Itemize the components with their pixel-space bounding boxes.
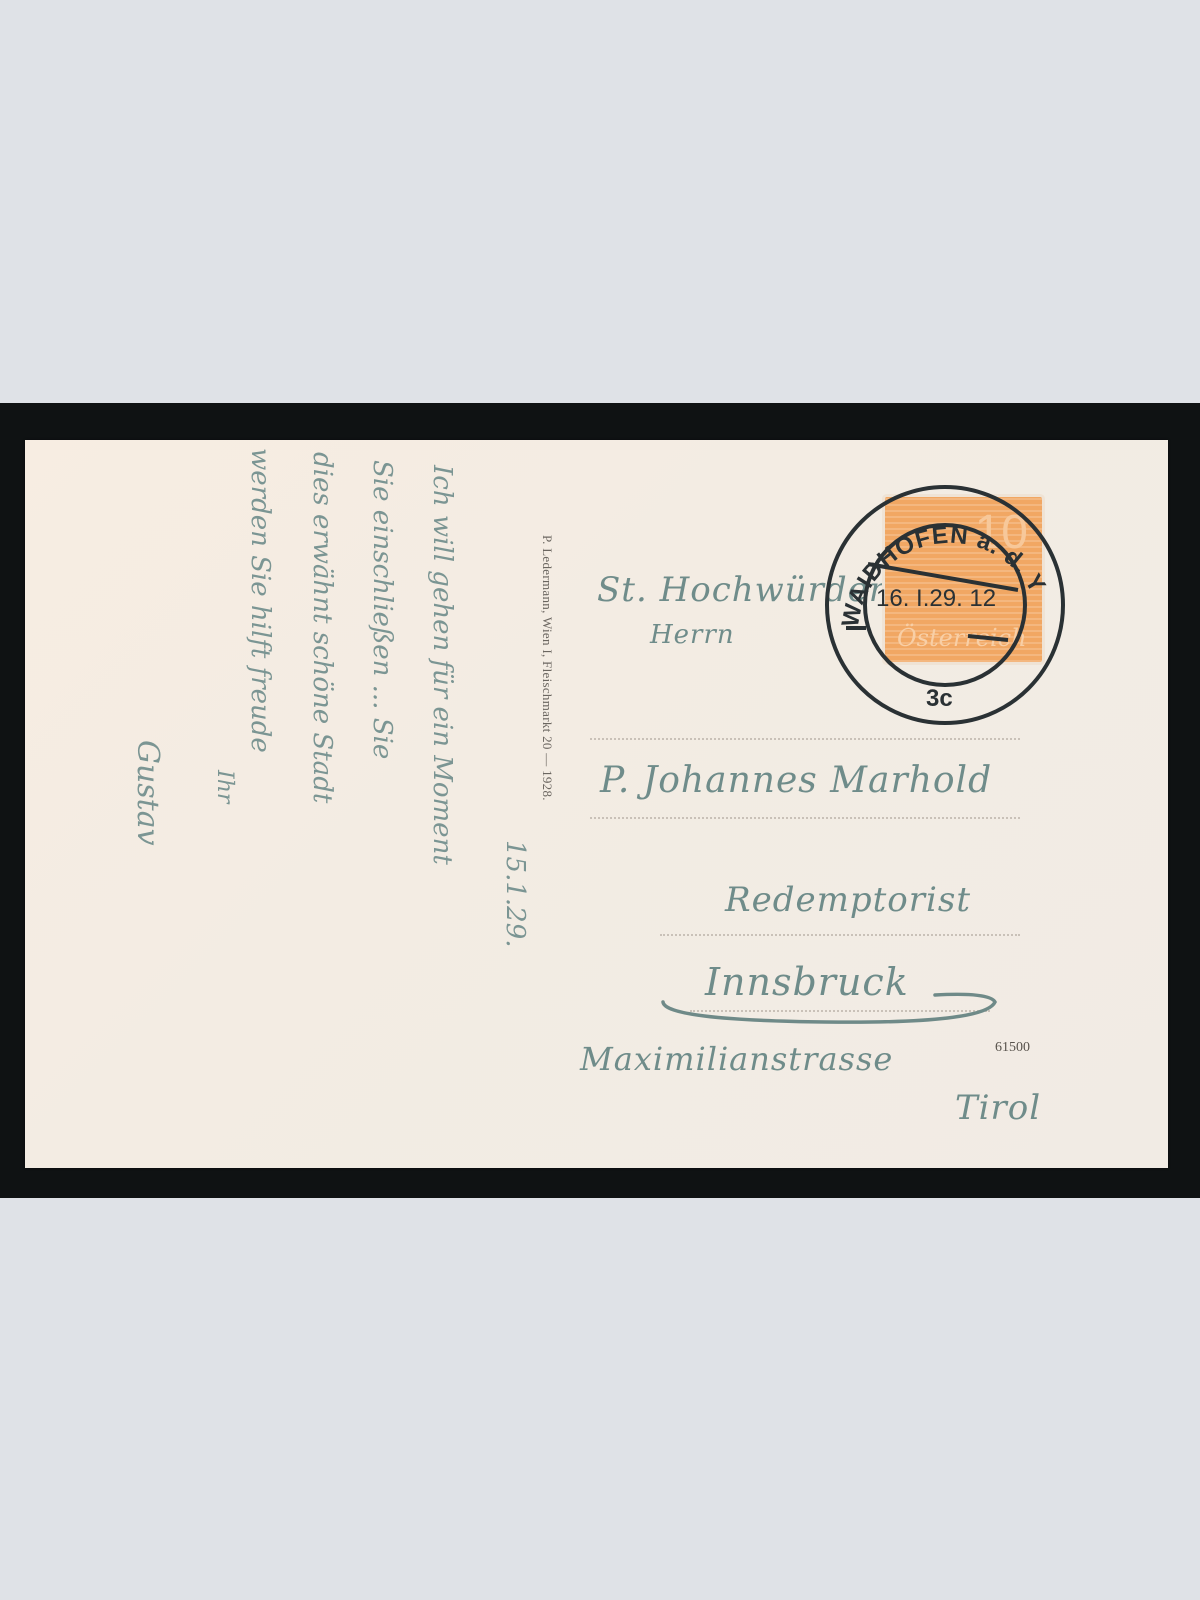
postmark-date: 16. I.29. 12 [876,585,996,612]
address-line-rule [590,817,1020,819]
message-date: 15.1.29. [500,840,530,948]
postmark-cancellation: WAIDHOFEN a. d. YBBS 1 16. I.29. 12 3c [818,478,1072,732]
postmark-code: 3c [926,685,953,712]
message-line: dies erwähnt schöne Stadt [307,452,337,803]
card-serial-number: 61500 [995,1040,1030,1056]
address-title: Redemptorist [725,880,971,920]
address-line-rule [660,934,1020,936]
city-underline-flourish [655,980,1005,1030]
address-name: P. Johannes Marhold [600,760,992,801]
publisher-imprint: P. Ledermann, Wien I, Fleischmarkt 20 — … [539,535,555,801]
address-herrn: Herrn [650,620,735,650]
message-line: werden Sie hilft freude [245,448,275,753]
message-line: Ich will gehen für ein Moment [427,465,457,865]
address-street: Maximilianstrasse [580,1040,893,1078]
address-region: Tirol [955,1088,1041,1128]
message-signature: Gustav [130,740,165,846]
message-line: Sie einschließen ... Sie [367,460,397,759]
address-line-rule [590,738,1020,740]
message-line: Ihr [212,770,237,803]
